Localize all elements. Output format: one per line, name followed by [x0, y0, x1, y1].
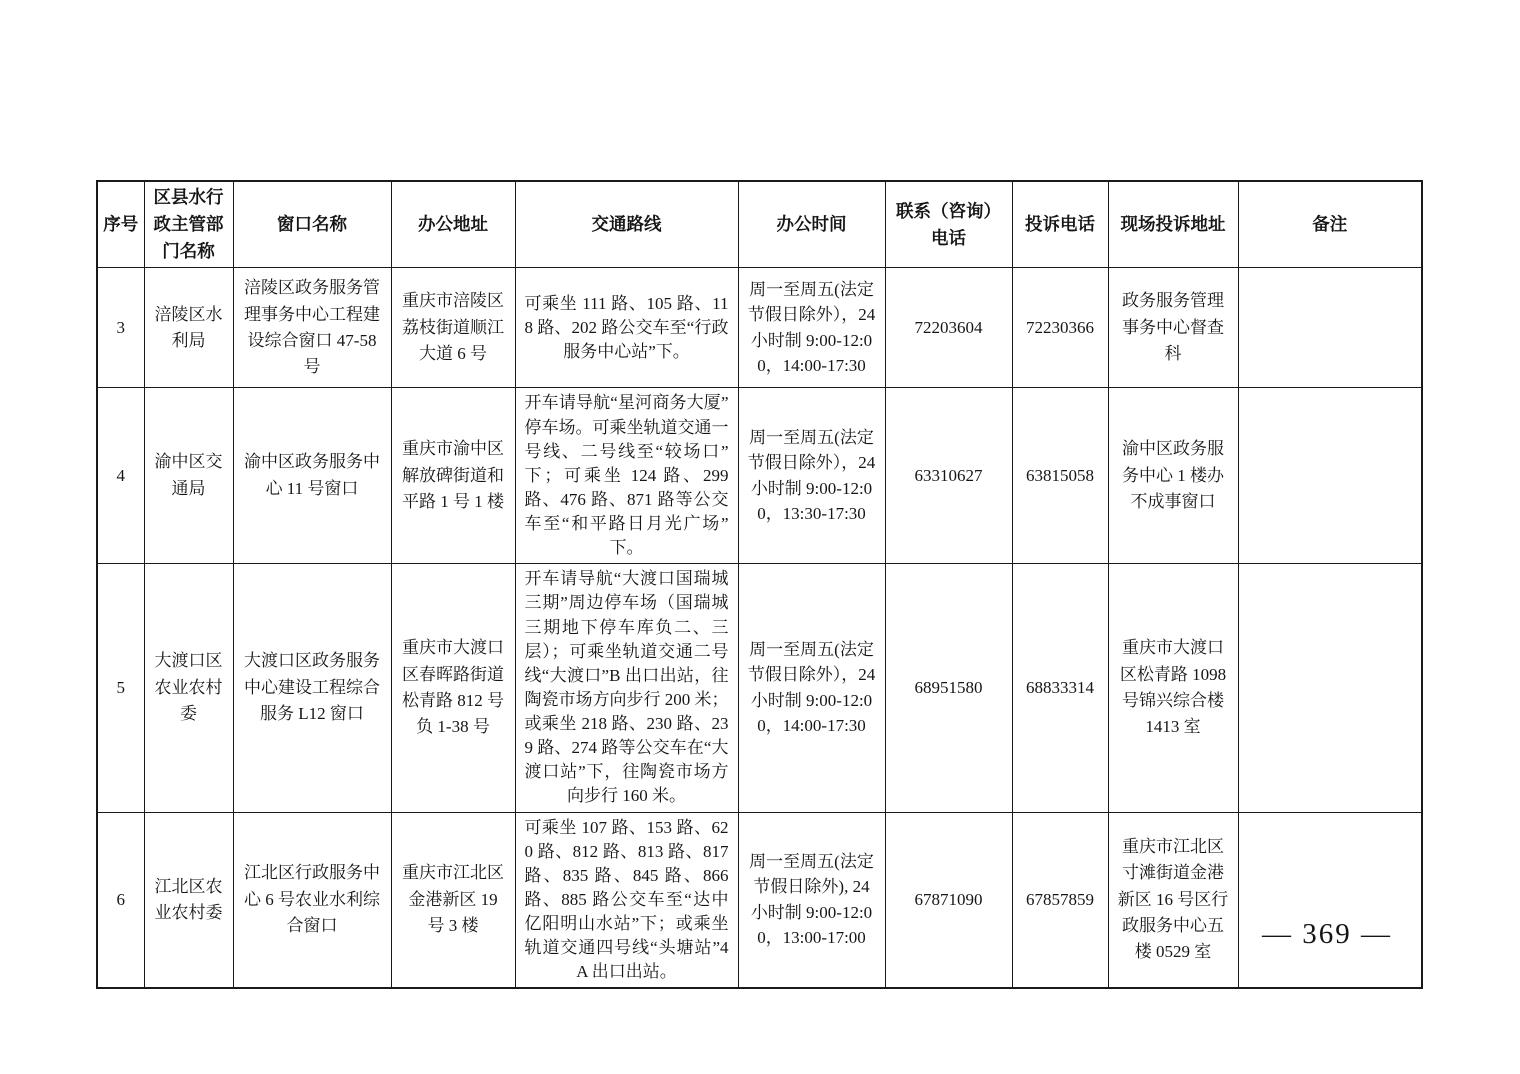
cell-hours: 周一至周五(法定节假日除外), 24 小时制 9:00-12:00，13:00-…	[738, 812, 885, 988]
table-row: 3 涪陵区水利局 涪陵区政务服务管理事务中心工程建设综合窗口 47-58 号 重…	[97, 268, 1422, 388]
cell-complaint-address: 重庆市江北区寸滩街道金港新区 16 号区行政服务中心五楼 0529 室	[1108, 812, 1238, 988]
cell-remark	[1238, 812, 1422, 988]
cell-remark	[1238, 564, 1422, 812]
column-header-complaint-address: 现场投诉地址	[1108, 181, 1238, 268]
cell-complaint-phone: 72230366	[1012, 268, 1108, 388]
column-header-remark: 备注	[1238, 181, 1422, 268]
cell-address: 重庆市渝中区解放碑街道和平路 1 号 1 楼	[391, 388, 515, 564]
cell-complaint-address: 政务服务管理事务中心督查科	[1108, 268, 1238, 388]
cell-contact-phone: 72203604	[885, 268, 1012, 388]
service-windows-table: 序号 区县水行政主管部门名称 窗口名称 办公地址 交通路线 办公时间 联系（咨询…	[96, 180, 1423, 989]
column-header-seq: 序号	[97, 181, 144, 268]
page-number: — 369 —	[1262, 918, 1392, 951]
cell-route: 开车请导航“星河商务大厦”停车场。可乘坐轨道交通一号线、二号线至“较场口”下；可…	[515, 388, 738, 564]
cell-route: 可乘坐 111 路、105 路、118 路、202 路公交车至“行政服务中心站”…	[515, 268, 738, 388]
cell-remark	[1238, 268, 1422, 388]
column-header-complaint-phone: 投诉电话	[1012, 181, 1108, 268]
cell-address: 重庆市大渡口区春晖路街道松青路 812 号负 1-38 号	[391, 564, 515, 812]
cell-seq: 6	[97, 812, 144, 988]
cell-department: 大渡口区农业农村委	[144, 564, 233, 812]
cell-complaint-phone: 68833314	[1012, 564, 1108, 812]
cell-contact-phone: 63310627	[885, 388, 1012, 564]
table-row: 4 渝中区交通局 渝中区政务服务中心 11 号窗口 重庆市渝中区解放碑街道和平路…	[97, 388, 1422, 564]
cell-window-name: 涪陵区政务服务管理事务中心工程建设综合窗口 47-58 号	[233, 268, 391, 388]
column-header-address: 办公地址	[391, 181, 515, 268]
cell-window-name: 渝中区政务服务中心 11 号窗口	[233, 388, 391, 564]
cell-seq: 4	[97, 388, 144, 564]
cell-contact-phone: 67871090	[885, 812, 1012, 988]
column-header-contact-phone: 联系（咨询）电话	[885, 181, 1012, 268]
cell-contact-phone: 68951580	[885, 564, 1012, 812]
cell-complaint-phone: 63815058	[1012, 388, 1108, 564]
cell-hours: 周一至周五(法定节假日除外），24 小时制 9:00-12:00，14:00-1…	[738, 564, 885, 812]
cell-route: 开车请导航“大渡口国瑞城三期”周边停车场（国瑞城三期地下停车库负二、三层）；可乘…	[515, 564, 738, 812]
table-row: 5 大渡口区农业农村委 大渡口区政务服务中心建设工程综合服务 L12 窗口 重庆…	[97, 564, 1422, 812]
cell-complaint-address: 渝中区政务服务中心 1 楼办不成事窗口	[1108, 388, 1238, 564]
cell-hours: 周一至周五(法定节假日除外），24 小时制 9:00-12:00，13:30-1…	[738, 388, 885, 564]
cell-department: 涪陵区水利局	[144, 268, 233, 388]
cell-hours: 周一至周五(法定节假日除外），24 小时制 9:00-12:00，14:00-1…	[738, 268, 885, 388]
column-header-hours: 办公时间	[738, 181, 885, 268]
service-windows-table-wrapper: 序号 区县水行政主管部门名称 窗口名称 办公地址 交通路线 办公时间 联系（咨询…	[96, 180, 1421, 989]
cell-complaint-address: 重庆市大渡口区松青路 1098 号锦兴综合楼 1413 室	[1108, 564, 1238, 812]
cell-route: 可乘坐 107 路、153 路、620 路、812 路、813 路、817 路、…	[515, 812, 738, 988]
cell-address: 重庆市涪陵区荔枝街道顺江大道 6 号	[391, 268, 515, 388]
column-header-route: 交通路线	[515, 181, 738, 268]
cell-window-name: 大渡口区政务服务中心建设工程综合服务 L12 窗口	[233, 564, 391, 812]
cell-remark	[1238, 388, 1422, 564]
cell-seq: 5	[97, 564, 144, 812]
cell-complaint-phone: 67857859	[1012, 812, 1108, 988]
cell-seq: 3	[97, 268, 144, 388]
cell-department: 渝中区交通局	[144, 388, 233, 564]
table-row: 6 江北区农业农村委 江北区行政服务中心 6 号农业水利综合窗口 重庆市江北区金…	[97, 812, 1422, 988]
cell-window-name: 江北区行政服务中心 6 号农业水利综合窗口	[233, 812, 391, 988]
cell-address: 重庆市江北区金港新区 19 号 3 楼	[391, 812, 515, 988]
header-row: 序号 区县水行政主管部门名称 窗口名称 办公地址 交通路线 办公时间 联系（咨询…	[97, 181, 1422, 268]
column-header-department: 区县水行政主管部门名称	[144, 181, 233, 268]
cell-department: 江北区农业农村委	[144, 812, 233, 988]
column-header-window-name: 窗口名称	[233, 181, 391, 268]
